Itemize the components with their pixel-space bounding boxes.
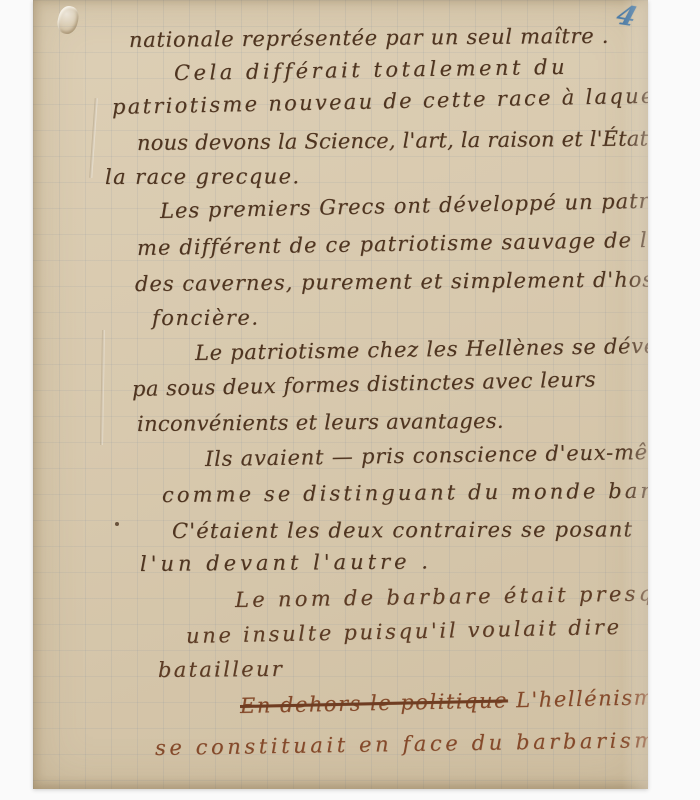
handwritten-line: nous devons la Science, l'art, la raison… xyxy=(137,123,648,158)
line-text: L'hellénisme xyxy=(508,685,648,712)
handwritten-line: Le nom de barbare était presque xyxy=(235,578,648,615)
handwritten-line: pa sous deux formes distinctes avec leur… xyxy=(132,364,597,404)
handwritten-line: nationale représentée par un seul maître… xyxy=(129,21,609,55)
handwritten-line: comme se distinguant du monde barbare xyxy=(162,475,648,510)
handwritten-line: me différent de ce patriotisme sauvage d… xyxy=(137,224,648,263)
handwritten-line: batailleur xyxy=(158,654,284,685)
handwritten-line: l'un devant l'autre . xyxy=(140,546,432,579)
handwritten-line: la race grecque. xyxy=(105,161,301,192)
paper-crease-top xyxy=(89,98,98,178)
manuscript-page: 4 nationale représentée par un seul maît… xyxy=(33,0,648,789)
page-number: 4 xyxy=(613,0,641,33)
handwritten-line: une insulte puisqu'il voulait dire xyxy=(186,612,622,651)
ink-speck xyxy=(115,522,119,526)
handwritten-line: Le patriotisme chez les Hellènes se déve… xyxy=(195,330,648,368)
handwritten-line: En dehors le politique L'hellénisme xyxy=(240,682,648,721)
scanned-document: 4 nationale représentée par un seul maît… xyxy=(0,0,700,800)
handwritten-line: inconvénients et leurs avantages. xyxy=(137,406,504,439)
handwritten-line: Ils avaient — pris conscience d'eux-même… xyxy=(205,436,648,474)
handwritten-line: C'étaient les deux contraires se posant xyxy=(172,514,633,546)
handwritten-line: foncière. xyxy=(152,303,260,333)
handwritten-line: des cavernes, purement et simplement d'h… xyxy=(135,264,648,299)
handwritten-line: se constituait en face du barbarisme xyxy=(155,725,648,763)
handwritten-line: Cela différait totalement du xyxy=(174,52,568,88)
embossed-seal xyxy=(55,4,81,36)
paper-crease-middle xyxy=(100,330,105,445)
struck-text: En dehors le politique xyxy=(240,688,508,718)
